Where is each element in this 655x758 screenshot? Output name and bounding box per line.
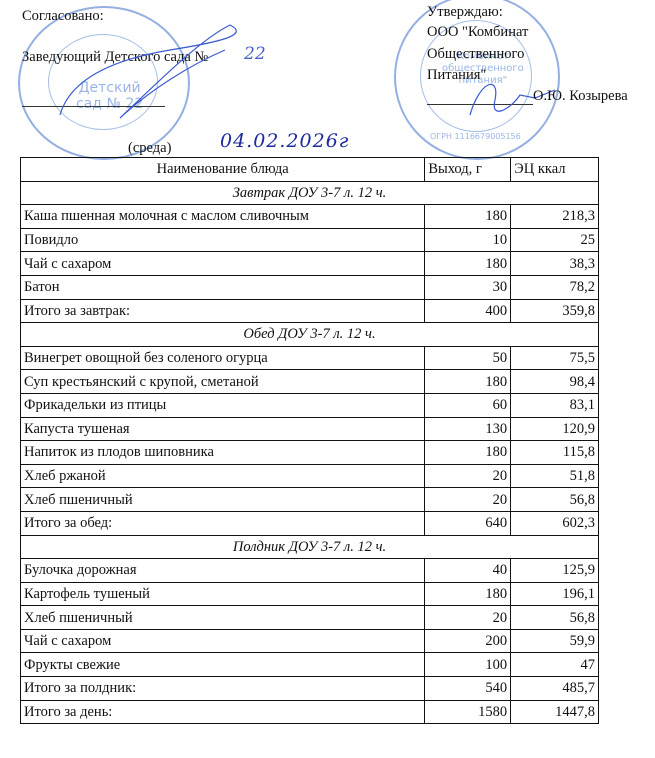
section-title: Завтрак ДОУ 3-7 л. 12 ч. bbox=[21, 181, 599, 205]
day-total-row: Итого за день:15801447,8 bbox=[21, 700, 599, 724]
dish-name: Повидло bbox=[21, 228, 425, 252]
dish-kcal: 125,9 bbox=[511, 559, 599, 583]
dish-kcal: 120,9 bbox=[511, 417, 599, 441]
table-row: Напиток из плодов шиповника180115,8 bbox=[21, 441, 599, 465]
column-header-weight: Выход, г bbox=[425, 158, 511, 182]
dish-name: Чай с сахаром bbox=[21, 252, 425, 276]
dish-weight: 50 bbox=[425, 346, 511, 370]
dish-kcal: 56,8 bbox=[511, 488, 599, 512]
signature-left bbox=[50, 20, 250, 125]
table-row: Фрикадельки из птицы6083,1 bbox=[21, 393, 599, 417]
dish-kcal: 38,3 bbox=[511, 252, 599, 276]
table-row: Винегрет овощной без соленого огурца5075… bbox=[21, 346, 599, 370]
dish-name: Батон bbox=[21, 275, 425, 299]
section-total-row: Итого за обед:640602,3 bbox=[21, 511, 599, 535]
dish-kcal: 196,1 bbox=[511, 582, 599, 606]
dish-weight: 180 bbox=[425, 582, 511, 606]
section-total-row: Итого за полдник:540485,7 bbox=[21, 677, 599, 701]
table-row: Батон3078,2 bbox=[21, 275, 599, 299]
dish-kcal: 56,8 bbox=[511, 606, 599, 630]
dish-weight: 10 bbox=[425, 228, 511, 252]
table-row: Чай с сахаром18038,3 bbox=[21, 252, 599, 276]
table-row: Чай с сахаром20059,9 bbox=[21, 629, 599, 653]
dish-kcal: 47 bbox=[511, 653, 599, 677]
dish-weight: 40 bbox=[425, 559, 511, 583]
signatory-name: О.Ю. Козырева bbox=[533, 88, 628, 105]
total-weight: 540 bbox=[425, 677, 511, 701]
dish-name: Чай с сахаром bbox=[21, 629, 425, 653]
table-row: Суп крестьянский с крупой, сметаной18098… bbox=[21, 370, 599, 394]
table-row: Фрукты свежие10047 bbox=[21, 653, 599, 677]
dish-weight: 60 bbox=[425, 393, 511, 417]
section-header-row: Завтрак ДОУ 3-7 л. 12 ч. bbox=[21, 181, 599, 205]
dish-weight: 180 bbox=[425, 205, 511, 229]
dish-kcal: 75,5 bbox=[511, 346, 599, 370]
dish-kcal: 25 bbox=[511, 228, 599, 252]
day-total-label: Итого за день: bbox=[21, 700, 425, 724]
weekday-label: (среда) bbox=[128, 140, 171, 157]
dish-kcal: 98,4 bbox=[511, 370, 599, 394]
dish-weight: 180 bbox=[425, 441, 511, 465]
dish-name: Суп крестьянский с крупой, сметаной bbox=[21, 370, 425, 394]
dish-weight: 100 bbox=[425, 653, 511, 677]
day-total-weight: 1580 bbox=[425, 700, 511, 724]
dish-name: Фрукты свежие bbox=[21, 653, 425, 677]
date-handwritten: 04.02.2026г bbox=[220, 130, 349, 152]
total-kcal: 602,3 bbox=[511, 511, 599, 535]
table-row: Повидло1025 bbox=[21, 228, 599, 252]
dish-weight: 200 bbox=[425, 629, 511, 653]
section-title: Полдник ДОУ 3-7 л. 12 ч. bbox=[21, 535, 599, 559]
organization-stamp-ogrn: ОГРН 1116679005156 bbox=[430, 132, 521, 141]
dish-name: Фрикадельки из птицы bbox=[21, 393, 425, 417]
table-row: Булочка дорожная40125,9 bbox=[21, 559, 599, 583]
table-row: Каша пшенная молочная с маслом сливочным… bbox=[21, 205, 599, 229]
column-header-dish: Наименование блюда bbox=[21, 158, 425, 182]
dish-kcal: 59,9 bbox=[511, 629, 599, 653]
dish-weight: 30 bbox=[425, 275, 511, 299]
total-weight: 640 bbox=[425, 511, 511, 535]
dish-kcal: 78,2 bbox=[511, 275, 599, 299]
total-weight: 400 bbox=[425, 299, 511, 323]
dish-name: Хлеб пшеничный bbox=[21, 606, 425, 630]
dish-weight: 20 bbox=[425, 464, 511, 488]
dish-name: Булочка дорожная bbox=[21, 559, 425, 583]
section-header-row: Полдник ДОУ 3-7 л. 12 ч. bbox=[21, 535, 599, 559]
total-label: Итого за обед: bbox=[21, 511, 425, 535]
section-header-row: Обед ДОУ 3-7 л. 12 ч. bbox=[21, 323, 599, 347]
menu-table: Наименование блюда Выход, г ЭЦ ккал Завт… bbox=[20, 157, 599, 724]
section-title: Обед ДОУ 3-7 л. 12 ч. bbox=[21, 323, 599, 347]
day-total-kcal: 1447,8 bbox=[511, 700, 599, 724]
table-header-row: Наименование блюда Выход, г ЭЦ ккал bbox=[21, 158, 599, 182]
dish-name: Каша пшенная молочная с маслом сливочным bbox=[21, 205, 425, 229]
total-label: Итого за полдник: bbox=[21, 677, 425, 701]
table-row: Хлеб пшеничный2056,8 bbox=[21, 488, 599, 512]
total-kcal: 359,8 bbox=[511, 299, 599, 323]
table-row: Хлеб пшеничный2056,8 bbox=[21, 606, 599, 630]
dish-kcal: 51,8 bbox=[511, 464, 599, 488]
total-label: Итого за завтрак: bbox=[21, 299, 425, 323]
dish-name: Напиток из плодов шиповника bbox=[21, 441, 425, 465]
organization-line-1: ООО "Комбинат bbox=[427, 24, 528, 41]
organization-line-2: Общественного bbox=[427, 46, 524, 63]
dish-name: Винегрет овощной без соленого огурца bbox=[21, 346, 425, 370]
dish-name: Хлеб ржаной bbox=[21, 464, 425, 488]
dish-name: Хлеб пшеничный bbox=[21, 488, 425, 512]
dish-weight: 180 bbox=[425, 252, 511, 276]
section-total-row: Итого за завтрак:400359,8 bbox=[21, 299, 599, 323]
dish-weight: 20 bbox=[425, 606, 511, 630]
column-header-kcal: ЭЦ ккал bbox=[511, 158, 599, 182]
dish-weight: 20 bbox=[425, 488, 511, 512]
table-row: Картофель тушеный180196,1 bbox=[21, 582, 599, 606]
dish-name: Картофель тушеный bbox=[21, 582, 425, 606]
approve-label: Утверждаю: bbox=[427, 4, 503, 21]
dish-weight: 180 bbox=[425, 370, 511, 394]
table-row: Хлеб ржаной2051,8 bbox=[21, 464, 599, 488]
table-row: Капуста тушеная130120,9 bbox=[21, 417, 599, 441]
dish-kcal: 218,3 bbox=[511, 205, 599, 229]
total-kcal: 485,7 bbox=[511, 677, 599, 701]
dish-kcal: 115,8 bbox=[511, 441, 599, 465]
dish-kcal: 83,1 bbox=[511, 393, 599, 417]
dish-weight: 130 bbox=[425, 417, 511, 441]
dish-name: Капуста тушеная bbox=[21, 417, 425, 441]
